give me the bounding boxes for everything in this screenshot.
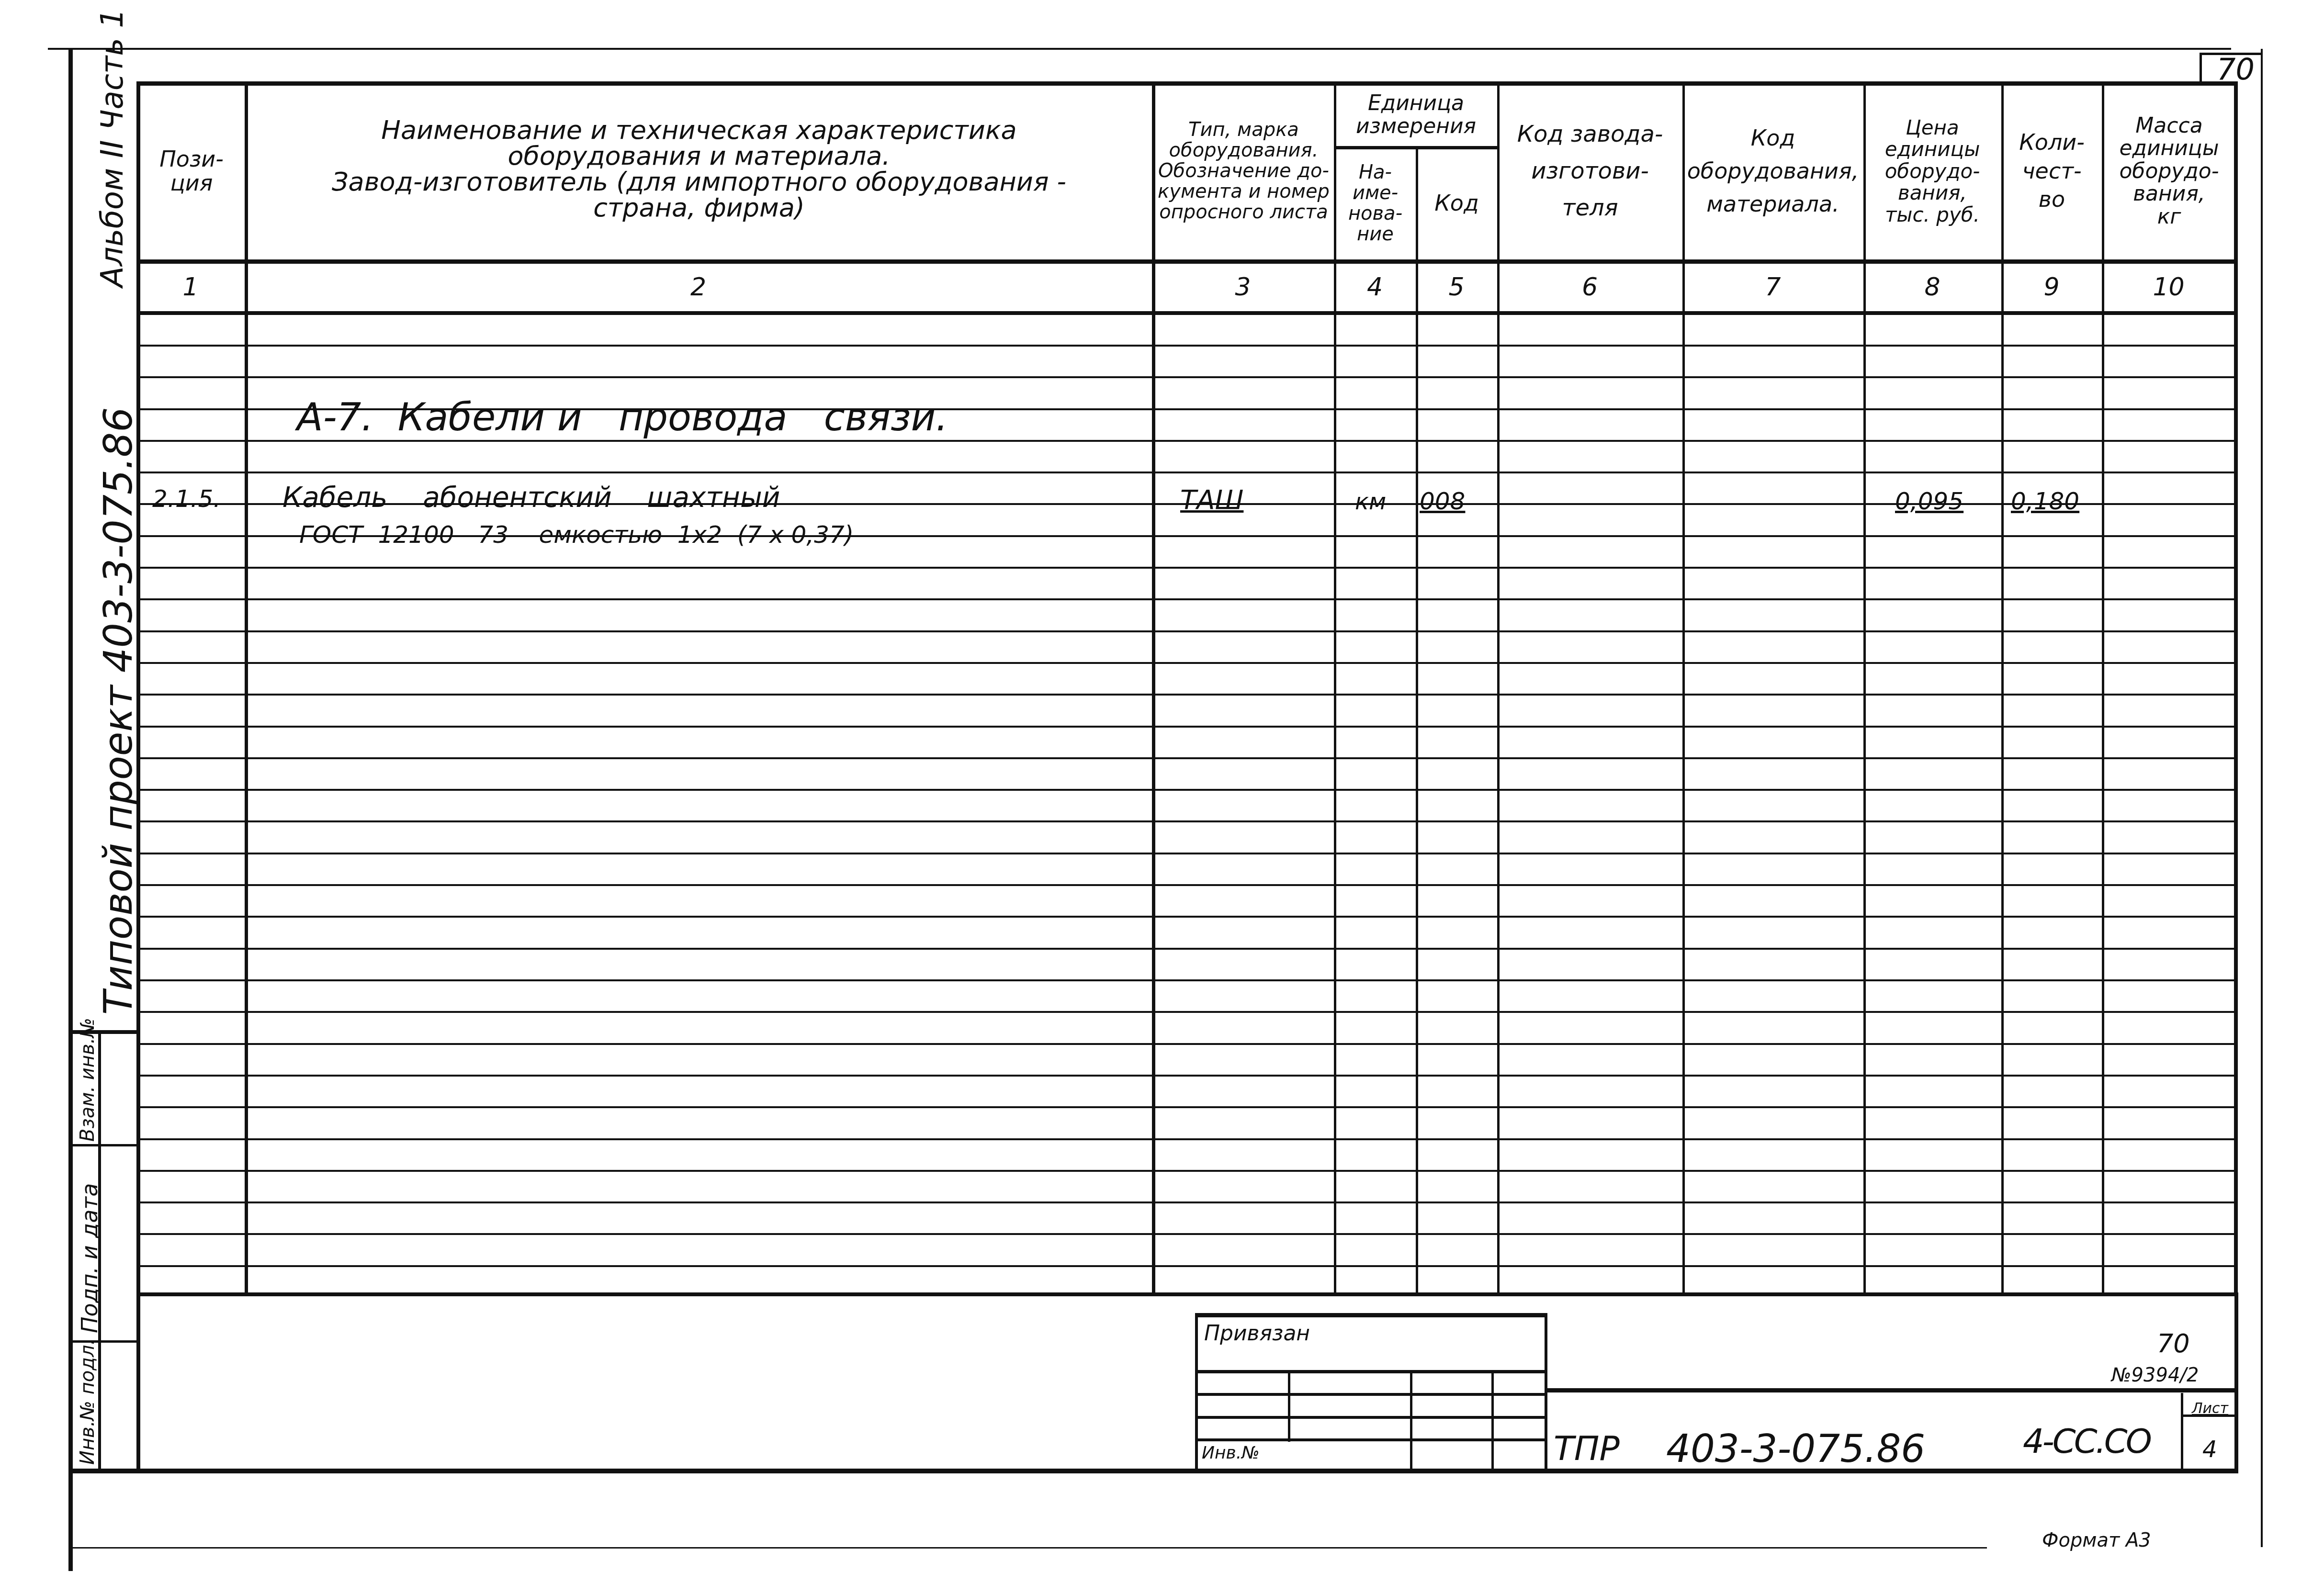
table-row-line <box>136 789 2237 791</box>
table-row-line <box>136 694 2237 696</box>
privyazan-label: Привязан <box>1204 1321 1310 1346</box>
column-number: 5 <box>1416 263 1497 311</box>
table-row-line <box>136 948 2237 950</box>
row-price: 0,095 <box>1895 487 1963 515</box>
top-trim-line <box>48 48 2231 50</box>
header-unit-mass: Масса единицы оборудо- вания, кг <box>2103 84 2235 258</box>
row-quantity: 0,180 <box>2011 487 2079 515</box>
table-row-line <box>136 757 2237 759</box>
stamp-replaced-inv: Взам. инв.№ <box>77 1018 99 1142</box>
privyazan-row <box>1195 1416 1547 1419</box>
table-row-line <box>136 472 2237 473</box>
bottom-trim-line <box>72 1547 1987 1549</box>
table-row-line <box>136 1201 2237 1203</box>
column-divider <box>1416 146 1418 1292</box>
column-number: 7 <box>1682 263 1863 311</box>
header-equipment-code: Код оборудования, материала. <box>1684 84 1862 258</box>
inscription-top <box>1545 1388 2238 1392</box>
corner-box-left <box>2200 53 2202 82</box>
header-unit-name: На- име- нова- ние <box>1336 148 1415 258</box>
table-row-line <box>136 1106 2237 1108</box>
section-title: А-7. Кабели и провода связи. <box>297 395 948 439</box>
privyazan-col <box>1410 1370 1412 1471</box>
stamp-inv-original: Инв.№ подл. <box>77 1339 99 1465</box>
table-row-line <box>136 979 2237 981</box>
row-unit-code: 008 <box>1420 487 1465 515</box>
table-row-line <box>136 567 2237 569</box>
row-name-line1: Кабель абонентский шахтный <box>282 481 780 514</box>
stamp-signature-date: Подп. и дата <box>77 1183 102 1333</box>
privyazan-left <box>1195 1313 1198 1469</box>
sheet-number: 4 <box>2202 1436 2217 1463</box>
header-unit-price: Цена единицы оборудо- вания, тыс. руб. <box>1865 84 2000 258</box>
table-row-line <box>136 820 2237 822</box>
inv-no-label: Инв.№ <box>1202 1443 1260 1463</box>
archive-number: №9394/2 <box>2111 1364 2199 1386</box>
table-row-line <box>136 853 2237 854</box>
table-row-line <box>136 1265 2237 1267</box>
archive-number-top: 70 <box>2157 1328 2190 1358</box>
table-row-line <box>136 1011 2237 1013</box>
column-number: 9 <box>2001 263 2102 311</box>
column-number: 6 <box>1497 263 1682 311</box>
table-row-line <box>136 1075 2237 1077</box>
column-number: 3 <box>1152 263 1334 311</box>
header-position: Пози- ция <box>139 84 244 258</box>
column-number: 2 <box>245 263 1152 311</box>
header-type-mark: Тип, марка оборудования. Обозначение до-… <box>1154 84 1333 258</box>
table-row-line <box>136 726 2237 728</box>
column-number: 4 <box>1334 263 1416 311</box>
row-name-line2: ГОСТ 12100 - 73 емкостью 1х2 (7 х 0,37) <box>299 521 854 549</box>
privyazan-col <box>1288 1370 1290 1442</box>
table-bottom-border <box>136 1292 2237 1296</box>
outer-frame-right <box>2261 49 2263 1547</box>
table-row-line <box>136 1233 2237 1235</box>
sheet-label: Лист <box>2192 1400 2228 1417</box>
outer-frame-left <box>68 49 73 1571</box>
sheet-cell-left <box>2181 1393 2183 1470</box>
header-unit-code: Код <box>1417 148 1496 258</box>
table-row-line <box>136 345 2237 347</box>
row-position: 2.1.5. <box>152 485 221 513</box>
table-row-line <box>136 376 2237 378</box>
album-label: Альбом II Часть 1 <box>95 9 130 287</box>
project-label: Типовой проект 403-3-075.86 <box>96 407 141 1015</box>
privyazan-row <box>1195 1370 1547 1373</box>
row-unit-name: км <box>1355 488 1386 515</box>
privyazan-row <box>1195 1438 1547 1441</box>
privyazan-col <box>1491 1370 1494 1471</box>
header-quantity: Коли- чест- во <box>2003 84 2101 258</box>
doc-suffix: 4-СС.СО <box>2023 1422 2150 1461</box>
title-left-border <box>136 1292 140 1470</box>
table-row-line <box>136 1170 2237 1172</box>
column-number: 10 <box>2102 263 2235 311</box>
header-name: Наименование и техническая характеристик… <box>247 84 1151 258</box>
row-type-mark: ТАШ <box>1180 484 1243 516</box>
header-unit-group: Единица измерения <box>1336 84 1496 146</box>
table-row-line <box>136 440 2237 442</box>
table-row-line <box>136 598 2237 600</box>
table-row-line <box>136 662 2237 664</box>
privyazan-top <box>1195 1313 1547 1317</box>
format-label: Формат А3 <box>2042 1529 2151 1551</box>
column-number: 8 <box>1863 263 2001 311</box>
stamp-row-1 <box>72 1144 139 1146</box>
number-row-bottom-border <box>136 311 2237 315</box>
doc-code-prefix: ТПР <box>1554 1429 1620 1468</box>
doc-code: 403-3-075.86 <box>1666 1426 1925 1471</box>
header-manufacturer-code: Код завода- изготови- теля <box>1499 84 1681 258</box>
table-row-line <box>136 916 2237 918</box>
table-row-line <box>136 1138 2237 1140</box>
title-right-border <box>2234 1292 2238 1470</box>
privyazan-row <box>1195 1393 1547 1396</box>
table-row-line <box>136 630 2237 632</box>
table-row-line <box>136 1043 2237 1045</box>
column-number: 1 <box>136 263 245 311</box>
table-row-line <box>136 884 2237 886</box>
